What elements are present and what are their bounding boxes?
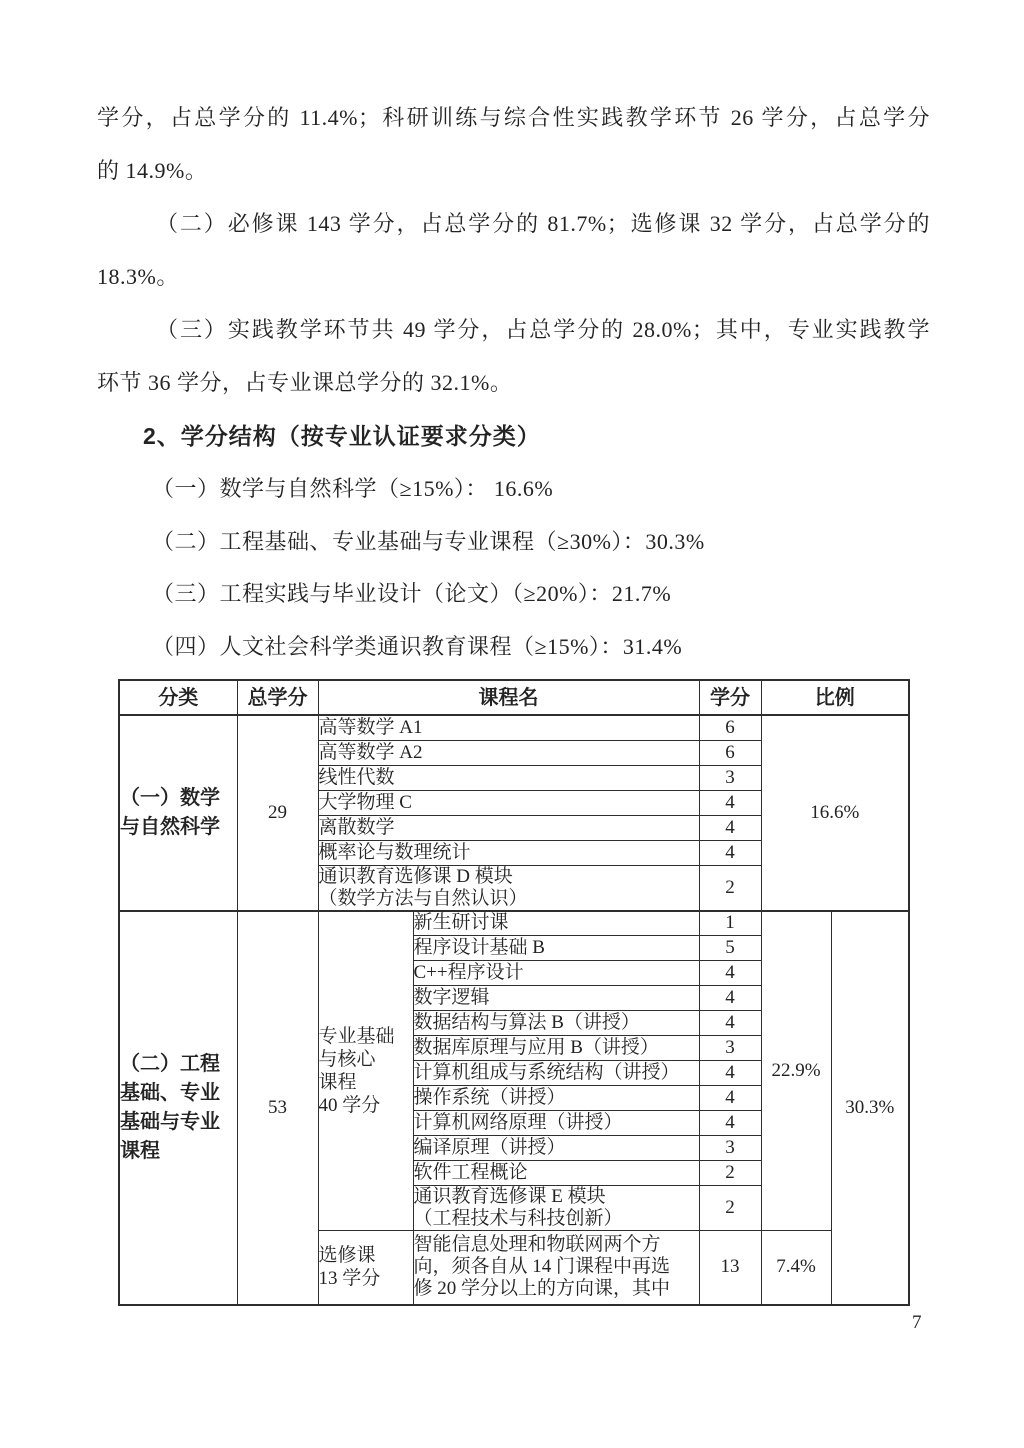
paragraph-1-line-2: 的 14.9%。 xyxy=(97,156,930,186)
paragraph-3-line-2: 环节 36 学分，占专业课总学分的 32.1%。 xyxy=(97,368,930,398)
core-courses-group-cell: 专业基础 与核心 课程 40 学分 xyxy=(318,911,413,1231)
credit-cell: 4 xyxy=(699,815,761,840)
header-credits: 学分 xyxy=(699,680,761,715)
section1-ratio-cell: 16.6% xyxy=(761,715,909,911)
list-item-4: （四）人文社会科学类通识教育课程（≥15%）：31.4% xyxy=(152,632,930,662)
course-name-cell: 计算机组成与系统结构（讲授） xyxy=(413,1061,699,1086)
paragraph-1-line-1: 学分，占总学分的 11.4%；科研训练与综合性实践教学环节 26 学分，占总学分 xyxy=(97,103,930,133)
paragraph-2-line-1: （二）必修课 143 学分，占总学分的 81.7%；选修课 32 学分，占总学分… xyxy=(156,209,930,239)
table-header-row: 分类 总学分 课程名 学分 比例 xyxy=(119,680,909,715)
credit-cell: 2 xyxy=(699,865,761,911)
section2-total-cell: 53 xyxy=(237,911,318,1305)
credit-cell: 4 xyxy=(699,840,761,865)
elective-ratio-cell: 7.4% xyxy=(761,1231,831,1305)
header-total-credits: 总学分 xyxy=(237,680,318,715)
section2-ratio-cell: 30.3% xyxy=(831,911,909,1305)
credit-cell: 4 xyxy=(699,1086,761,1111)
header-ratio: 比例 xyxy=(761,680,909,715)
course-name-cell: 计算机网络原理（讲授） xyxy=(413,1111,699,1136)
section1-category-cell: （一）数学 与自然科学 xyxy=(119,715,237,911)
course-name-cell: 通识教育选修课 D 模块 （数学方法与自然认识） xyxy=(318,865,699,911)
credit-cell: 5 xyxy=(699,936,761,961)
core-ratio-cell: 22.9% xyxy=(761,911,831,1231)
course-name-cell: 程序设计基础 B xyxy=(413,936,699,961)
credit-cell: 6 xyxy=(699,740,761,765)
section-heading: 2、学分结构（按专业认证要求分类） xyxy=(143,421,943,451)
paragraph-2-line-2: 18.3%。 xyxy=(97,262,930,292)
course-name-cell: 通识教育选修课 E 模块 （工程技术与科技创新） xyxy=(413,1186,699,1231)
course-name-cell: 高等数学 A1 xyxy=(318,715,699,740)
credit-cell: 4 xyxy=(699,961,761,986)
credit-cell: 3 xyxy=(699,1036,761,1061)
credit-cell: 4 xyxy=(699,1061,761,1086)
course-name-cell: 线性代数 xyxy=(318,765,699,790)
credit-cell: 4 xyxy=(699,1011,761,1036)
course-name-cell: 数字逻辑 xyxy=(413,986,699,1011)
elective-group-cell: 选修课 13 学分 xyxy=(318,1231,413,1305)
credit-cell: 2 xyxy=(699,1161,761,1186)
table-row: （一）数学 与自然科学 29 高等数学 A1 6 16.6% xyxy=(119,715,909,740)
course-name-cell: C++程序设计 xyxy=(413,961,699,986)
course-name-cell: 概率论与数理统计 xyxy=(318,840,699,865)
credit-cell: 4 xyxy=(699,1111,761,1136)
course-name-cell: 大学物理 C xyxy=(318,790,699,815)
course-name-cell: 数据库原理与应用 B（讲授） xyxy=(413,1036,699,1061)
section1-total-cell: 29 xyxy=(237,715,318,911)
credit-cell: 6 xyxy=(699,715,761,740)
course-name-cell: 智能信息处理和物联网两个方 向，须各自从 14 门课程中再选 修 20 学分以上… xyxy=(413,1231,699,1305)
course-name-cell: 软件工程概论 xyxy=(413,1161,699,1186)
course-name-cell: 编译原理（讲授） xyxy=(413,1136,699,1161)
list-item-1: （一）数学与自然科学（≥15%）： 16.6% xyxy=(152,474,930,504)
credit-structure-table: 分类 总学分 课程名 学分 比例 （一）数学 与自然科学 29 高等数学 A1 … xyxy=(118,679,910,1306)
course-name-cell: 离散数学 xyxy=(318,815,699,840)
header-category: 分类 xyxy=(119,680,237,715)
credit-cell: 3 xyxy=(699,765,761,790)
list-item-3: （三）工程实践与毕业设计（论文）（≥20%）：21.7% xyxy=(152,579,930,609)
page-number: 7 xyxy=(912,1312,922,1334)
credit-cell: 4 xyxy=(699,790,761,815)
credit-cell: 1 xyxy=(699,911,761,936)
course-name-cell: 新生研讨课 xyxy=(413,911,699,936)
paragraph-3-line-1: （三）实践教学环节共 49 学分，占总学分的 28.0%；其中，专业实践教学 xyxy=(156,315,930,345)
course-name-cell: 操作系统（讲授） xyxy=(413,1086,699,1111)
credit-cell: 13 xyxy=(699,1231,761,1305)
table-row: （二）工程 基础、专业 基础与专业 课程 53 专业基础 与核心 课程 40 学… xyxy=(119,911,909,936)
document-page: 学分，占总学分的 11.4%；科研训练与综合性实践教学环节 26 学分，占总学分… xyxy=(0,0,1024,1448)
course-name-cell: 数据结构与算法 B（讲授） xyxy=(413,1011,699,1036)
list-item-2: （二）工程基础、专业基础与专业课程（≥30%）：30.3% xyxy=(152,527,930,557)
header-course-name: 课程名 xyxy=(318,680,699,715)
credit-cell: 2 xyxy=(699,1186,761,1231)
credit-cell: 3 xyxy=(699,1136,761,1161)
section2-category-cell: （二）工程 基础、专业 基础与专业 课程 xyxy=(119,911,237,1305)
credit-cell: 4 xyxy=(699,986,761,1011)
course-name-cell: 高等数学 A2 xyxy=(318,740,699,765)
